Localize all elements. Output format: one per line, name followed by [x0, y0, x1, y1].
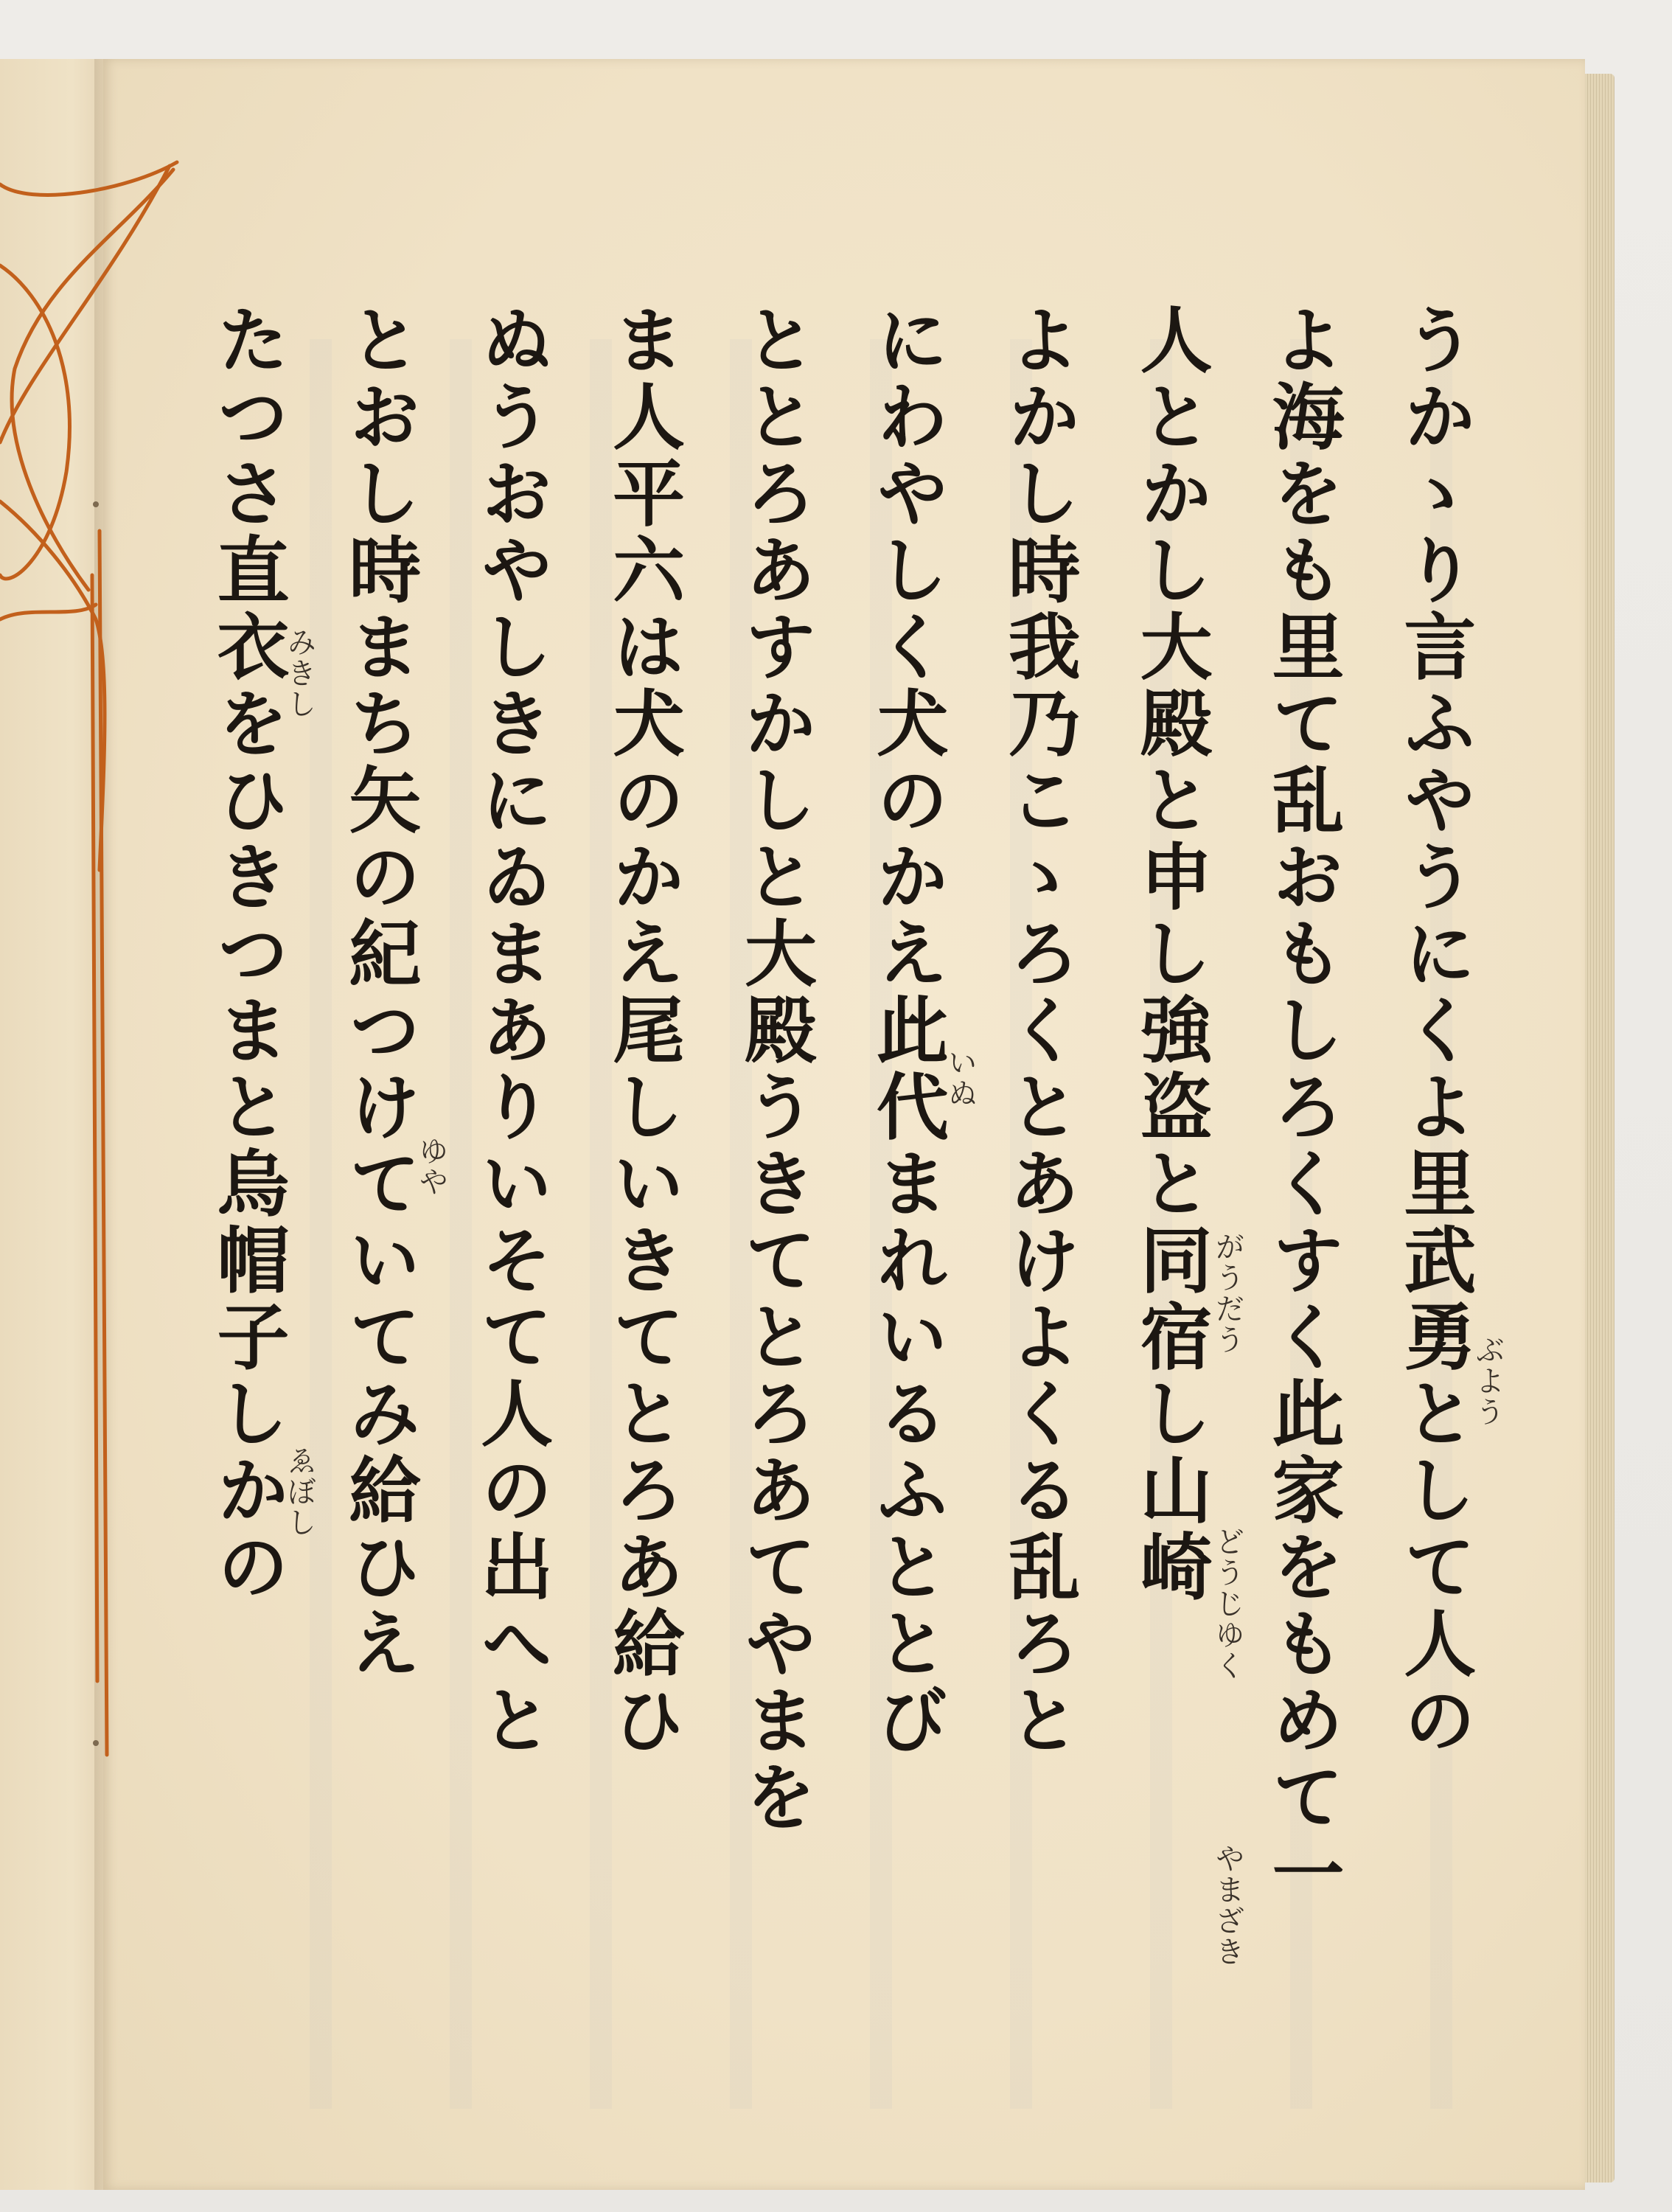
text-column-9: とおし時まち矢の紀つけていてみ給ひえ ゆや [324, 302, 434, 2109]
ruby-reading: ゑぼし [279, 1445, 321, 1538]
ruby-reading: みきし [279, 627, 321, 720]
column-text: ま人平六は犬のかえ尾しいきてとろあ給ひ [588, 302, 698, 2109]
binding-hole [93, 1740, 99, 1746]
ruby-reading: やまざき [1207, 1843, 1249, 1967]
text-column-8: ぬうおやしきにゐまありいそて人の出へと [456, 302, 566, 2109]
ruby-reading: がうだう [1207, 1231, 1249, 1355]
column-text: ととろあすかしと大殿うきてとろあてやまを [720, 302, 830, 2109]
ruby-reading: どうじゆく [1207, 1526, 1249, 1681]
open-book: うかゝり言ふやうにくよ里武勇として人の ぶよう よ海をも里て乱おもしろくすく此家… [0, 59, 1622, 2190]
text-column-5: にわやしく犬のかえ此代まれいるふととび いぬ [851, 302, 961, 2109]
column-text: にわやしく犬のかえ此代まれいるふととび [851, 302, 961, 2109]
page-stack-edges [1585, 74, 1614, 2183]
binding-hole [93, 501, 99, 507]
ruby-reading: いぬ [939, 1047, 981, 1109]
column-text: よかし時我乃こゝろくとあけよくる乱ろと [983, 302, 1093, 2109]
binding-thread-icon [0, 59, 192, 1792]
column-text: よ海をも里て乱おもしろくすく此家をもめて一 [1247, 302, 1357, 2109]
column-text: とおし時まち矢の紀つけていてみ給ひえ [324, 302, 434, 2109]
text-column-6: ととろあすかしと大殿うきてとろあてやまを [720, 302, 830, 2109]
text-column-3: 人とかし大殿と申し強盗と同宿し山崎 がうだう どうじゆく やまざき [1115, 302, 1225, 2109]
column-text: 人とかし大殿と申し強盗と同宿し山崎 [1115, 302, 1225, 2109]
text-column-10: たつさ直衣をひきつまと烏帽子しかの みきし ゑぼし [192, 302, 302, 2109]
text-column-7: ま人平六は犬のかえ尾しいきてとろあ給ひ [588, 302, 698, 2109]
text-column-2: よ海をも里て乱おもしろくすく此家をもめて一 [1247, 302, 1357, 2109]
text-column-4: よかし時我乃こゝろくとあけよくる乱ろと [983, 302, 1093, 2109]
text-column-1: うかゝり言ふやうにくよ里武勇として人の ぶよう [1379, 302, 1489, 2109]
ruby-reading: ぶよう [1467, 1335, 1509, 1427]
column-text: ぬうおやしきにゐまありいそて人の出へと [456, 302, 566, 2109]
column-text: うかゝり言ふやうにくよ里武勇として人の [1379, 302, 1489, 2109]
column-text: たつさ直衣をひきつまと烏帽子しかの [192, 302, 302, 2109]
text-columns: うかゝり言ふやうにくよ里武勇として人の ぶよう よ海をも里て乱おもしろくすく此家… [192, 302, 1489, 2109]
ruby-reading: ゆや [411, 1135, 453, 1197]
